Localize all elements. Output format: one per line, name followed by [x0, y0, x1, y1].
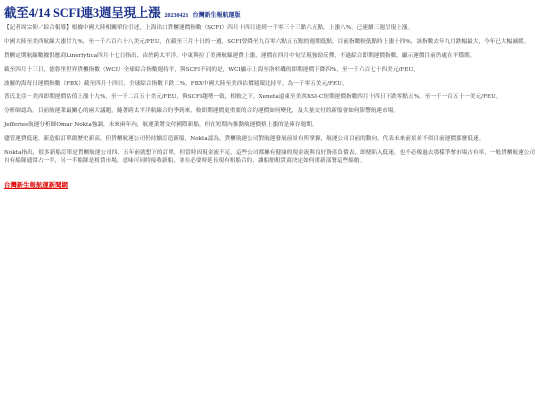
paragraph: 貨櫃定期航線數據供應商Linerlytica四月十七日指出，由於跨太平洋，中東與…: [4, 53, 536, 61]
paragraph: Jefferies航運分析師Omar Nokta強調，未來兩年內，航運業將交付國…: [4, 122, 536, 130]
article-title: 截至4/14 SCFI連3週呈現上漲: [4, 3, 160, 21]
paragraph: 分析師認為，目前航運業最關心的兩大議題，隨著跨太平洋航線合約季到來，較即期運價更…: [4, 108, 536, 116]
news-site-link[interactable]: 台灣新生報航運新聞網: [4, 180, 68, 189]
article: 截至4/14 SCFI連3週呈現上漲 20230421 台灣新生報航運版 【記者…: [0, 0, 540, 191]
paragraph: 波羅的海每日運價指數（FBX）截至四月十四日，全球綜合指數下跌二%，FBX中國大…: [4, 81, 536, 89]
article-header: 截至4/14 SCFI連3週呈現上漲 20230421 台灣新生報航運版: [4, 3, 536, 21]
paragraph: 儘管運費低迷，新造船訂單創歷史新高，但貨櫃航運公司仍持續訂造新船，Nokta認為…: [4, 136, 536, 144]
article-date: 20230421: [164, 13, 188, 19]
paragraph: Nokta指出，很多新船訂單是貨櫃航運公司四、五年前就想下的訂單，但當時因現金流…: [4, 150, 536, 165]
article-source: 台灣新生報航運版: [192, 10, 240, 19]
paragraph: 普氏北亞－美西即期運價估值上漲十九%，至一千二百五十美元/FEU，與SCFI趨勢…: [4, 94, 536, 102]
paragraph: 截至四月十三日，德魯里世界貨櫃指數（WCI）全球綜合指數週持平，與SCFI不同的…: [4, 67, 536, 75]
paragraph: 中國大陸至美西航線大漲廿九%，至一千六百六十八美元/FEU，在截至三月十日的一週…: [4, 39, 536, 47]
paragraph: 【記者周宗仰／綜合報導】根據中國大陸相關單位引述，上海出口貨櫃運價指數（SCFI…: [4, 25, 536, 33]
